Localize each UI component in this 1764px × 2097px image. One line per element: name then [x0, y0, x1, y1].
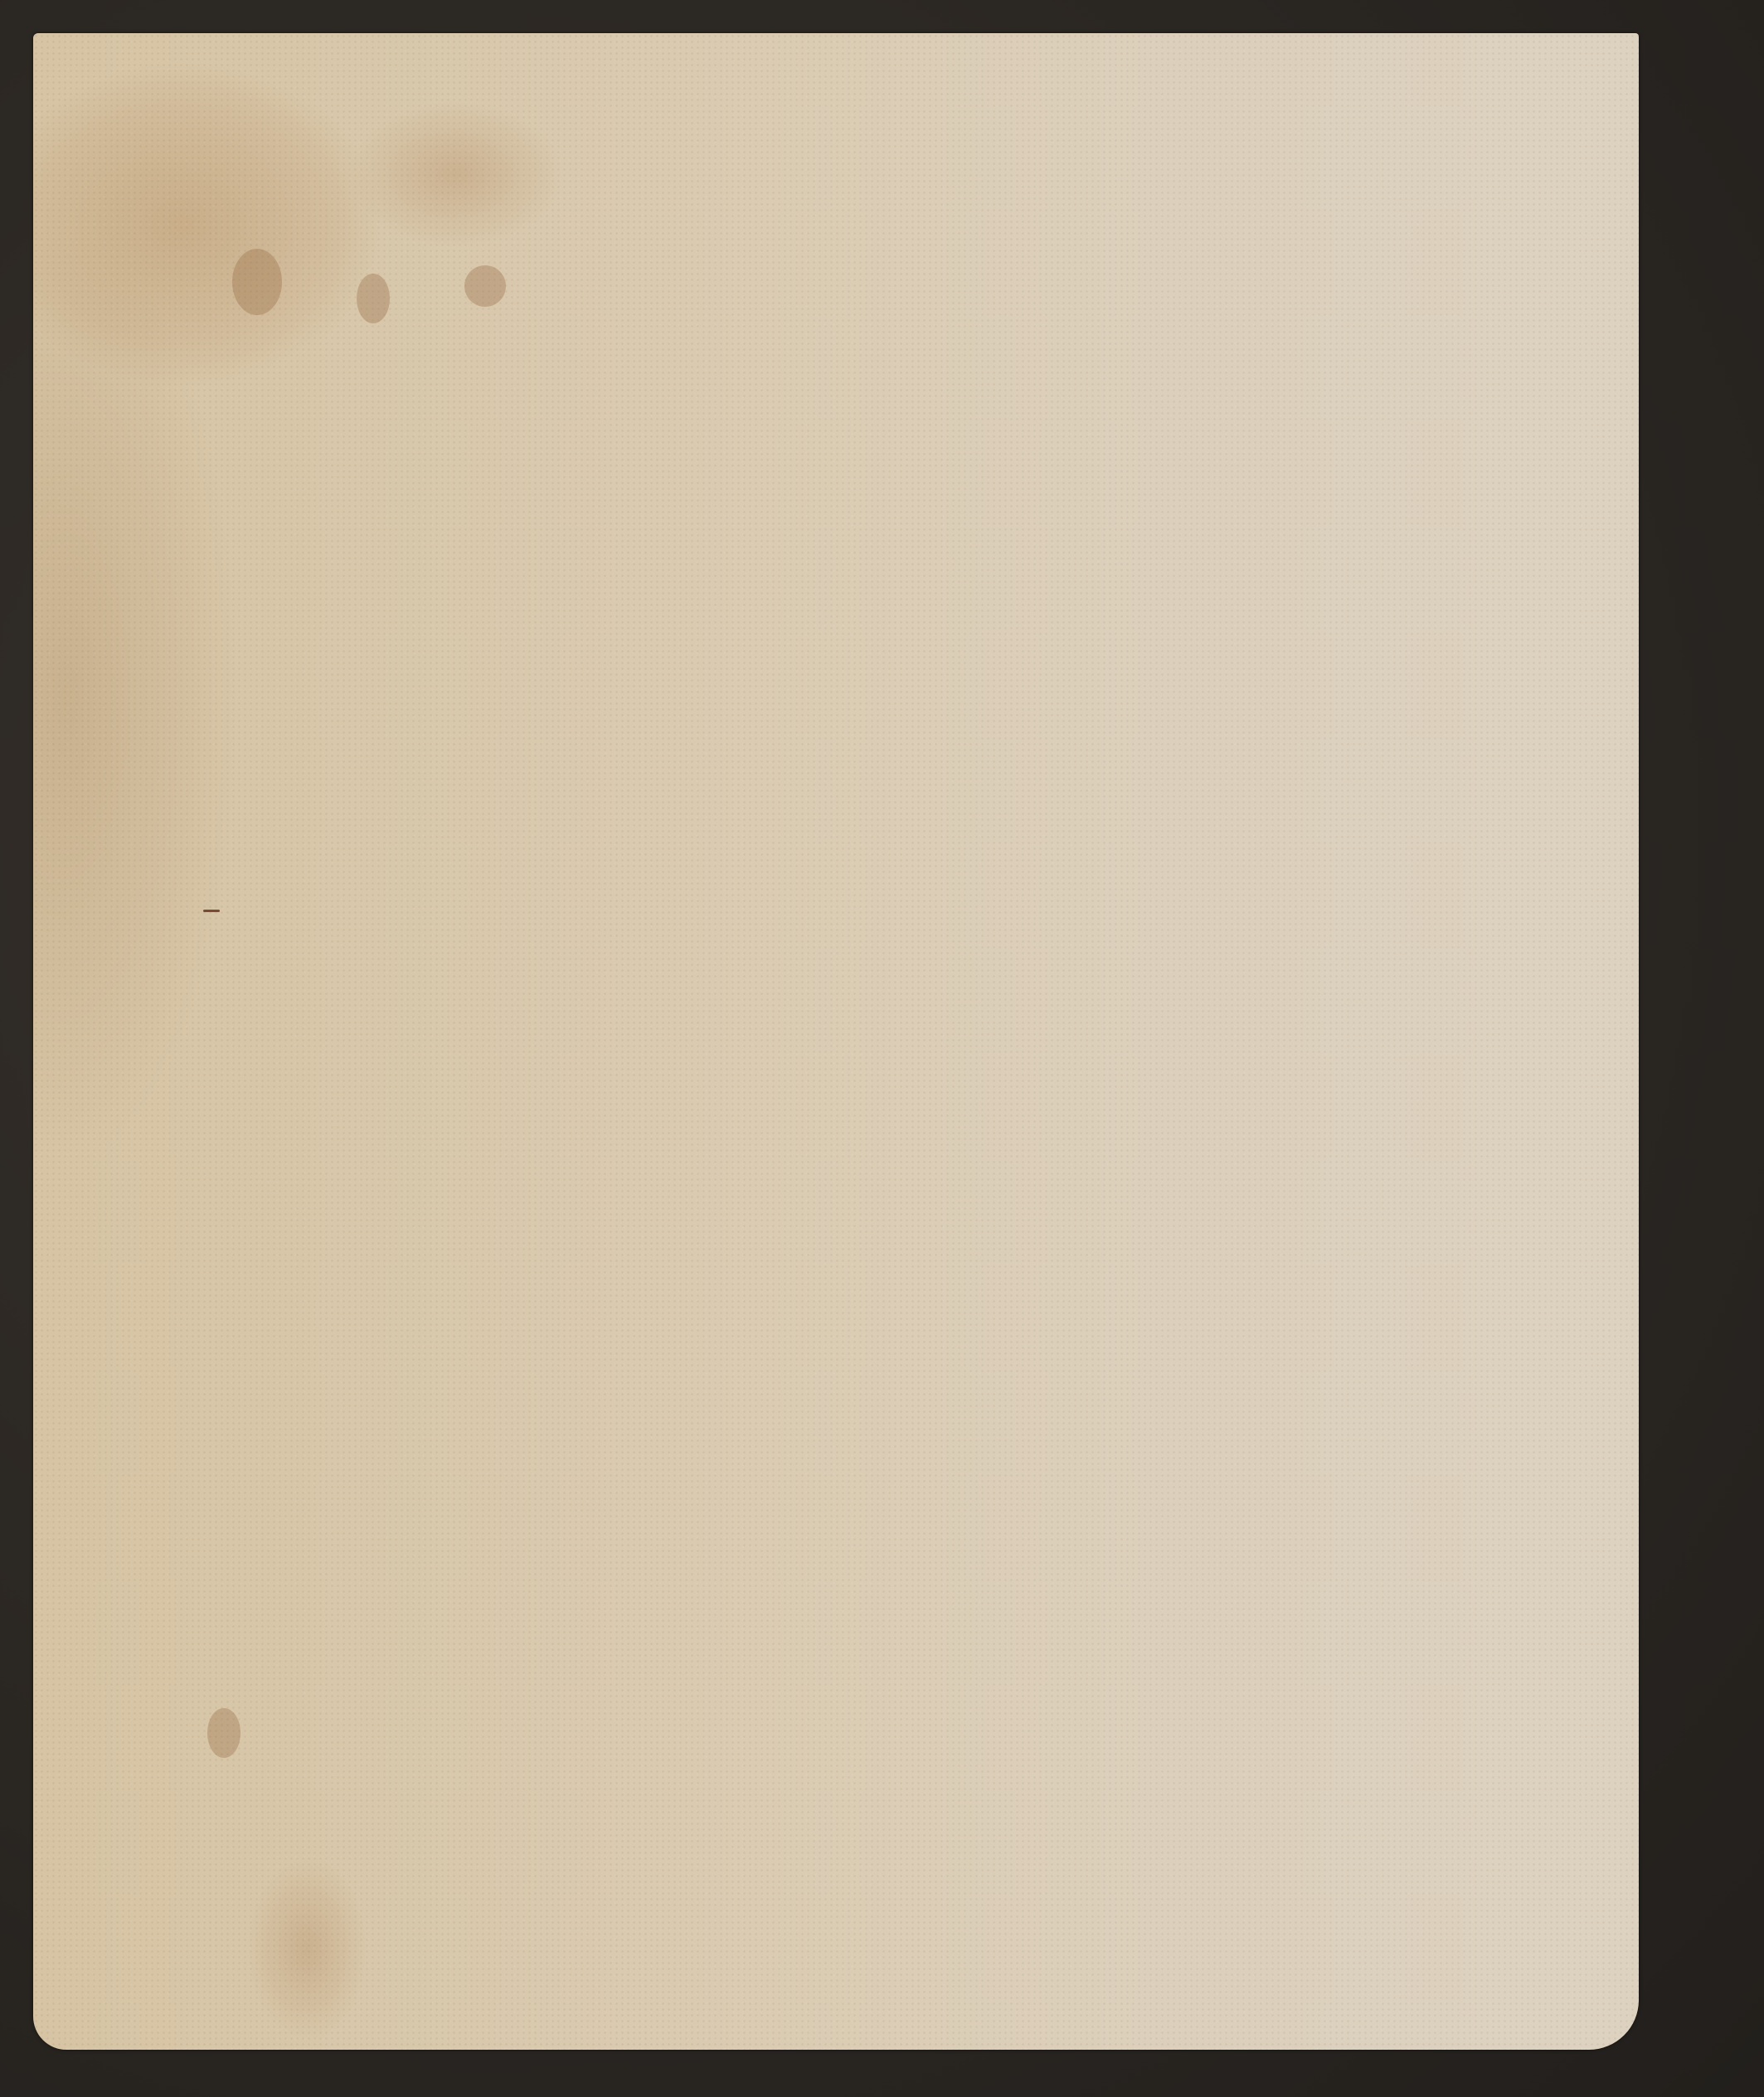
- manuscript-page: [33, 33, 1639, 2050]
- ink-stain: [207, 1708, 241, 1758]
- ink-stain: [464, 265, 506, 307]
- ink-stain: [232, 249, 282, 315]
- ink-stain: [357, 274, 390, 323]
- divider-rule: [203, 910, 220, 912]
